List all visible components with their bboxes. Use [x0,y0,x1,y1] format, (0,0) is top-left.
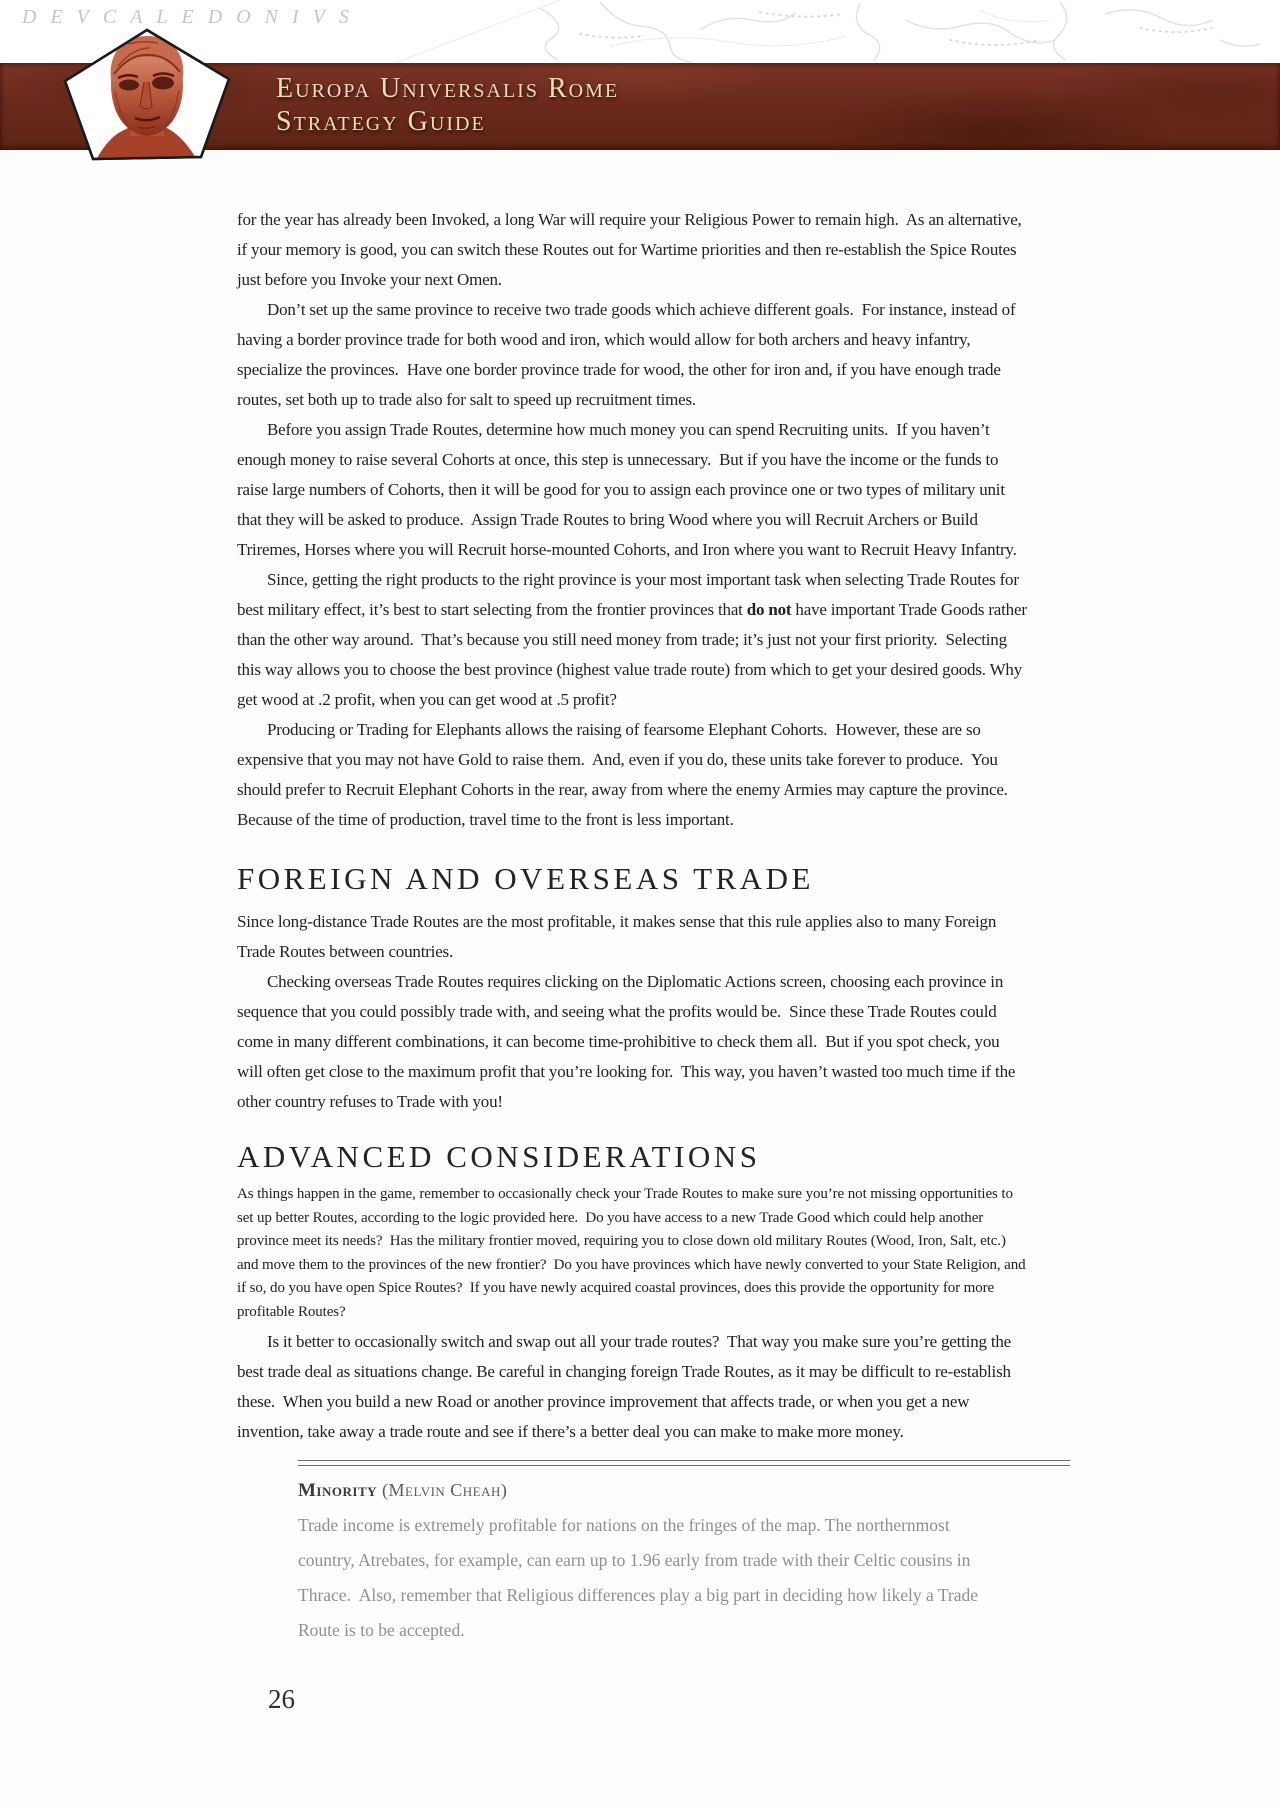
paragraph: Producing or Trading for Elephants allow… [237,715,1027,835]
paragraph: Since long-distance Trade Routes are the… [237,907,1027,967]
section-heading-advanced: ADVANCED CONSIDERATIONS [237,1139,1027,1175]
strategy-guide-page: DEVCALEDONIVS Europa Universalis Rome St… [0,0,1280,1810]
paragraph: Don’t set up the same province to receiv… [237,295,1027,415]
article-body: for the year has already been Invoked, a… [237,150,1027,1648]
section-heading-foreign-trade: FOREIGN AND OVERSEAS TRADE [237,861,1027,897]
double-rule-divider [298,1460,1070,1466]
callout-body: Trade income is extremely profitable for… [298,1508,988,1648]
callout-byline: (Melvin Cheah) [377,1480,507,1500]
minority-callout: Minority (Melvin Cheah) Trade income is … [298,1460,1070,1648]
bold-phrase: do not [747,600,792,619]
roman-bust-emblem-icon [58,26,236,173]
paragraph: for the year has already been Invoked, a… [237,205,1027,295]
callout-heading: Minority (Melvin Cheah) [298,1478,1070,1504]
page-number: 26 [268,1684,295,1715]
guide-title-block: Europa Universalis Rome Strategy Guide [276,72,619,138]
paragraph: Checking overseas Trade Routes requires … [237,967,1027,1117]
paragraph: Since, getting the right products to the… [237,565,1027,715]
callout-title: Minority [298,1480,377,1501]
guide-title-line2: Strategy Guide [276,105,619,138]
paragraph: Is it better to occasionally switch and … [237,1327,1027,1447]
paragraph: Before you assign Trade Routes, determin… [237,415,1027,565]
guide-title-line1: Europa Universalis Rome [276,72,619,105]
note-paragraph: As things happen in the game, remember t… [237,1183,1027,1324]
